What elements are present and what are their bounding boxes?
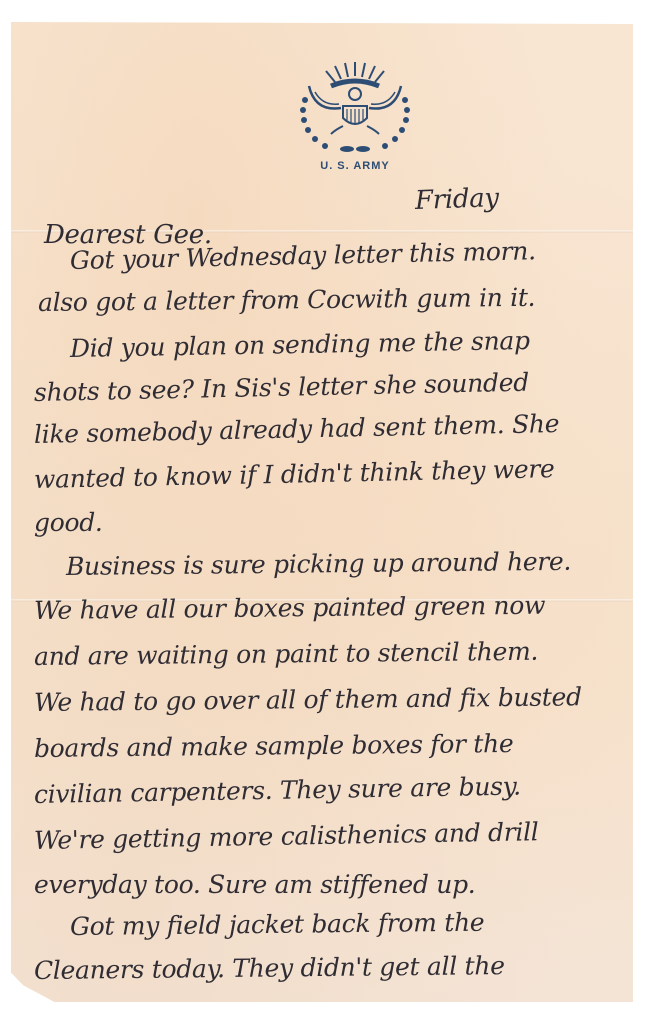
letter-date: Friday (414, 183, 499, 216)
letter-line: We have all our boxes painted green now (34, 591, 545, 625)
letter-line: good. (34, 508, 103, 537)
letter-line: also got a letter from Cocwith gum in it… (38, 283, 536, 317)
letter-line: Business is sure picking up around here. (66, 547, 571, 581)
letter-line: Got my field jacket back from the (70, 908, 485, 941)
organization-label: U. S. ARMY (280, 160, 430, 172)
letter-line: Cleaners today. They didn't get all the (34, 951, 505, 985)
letter-line: everyday too. Sure am stiffened up. (34, 870, 475, 899)
letter-line: We had to go over all of them and fix bu… (34, 682, 582, 717)
eagle-seal-icon (280, 60, 430, 156)
letter-line: boards and make sample boxes for the (34, 729, 514, 763)
letterhead: U. S. ARMY (280, 60, 430, 172)
letter-line: and are waiting on paint to stencil them… (34, 637, 538, 671)
